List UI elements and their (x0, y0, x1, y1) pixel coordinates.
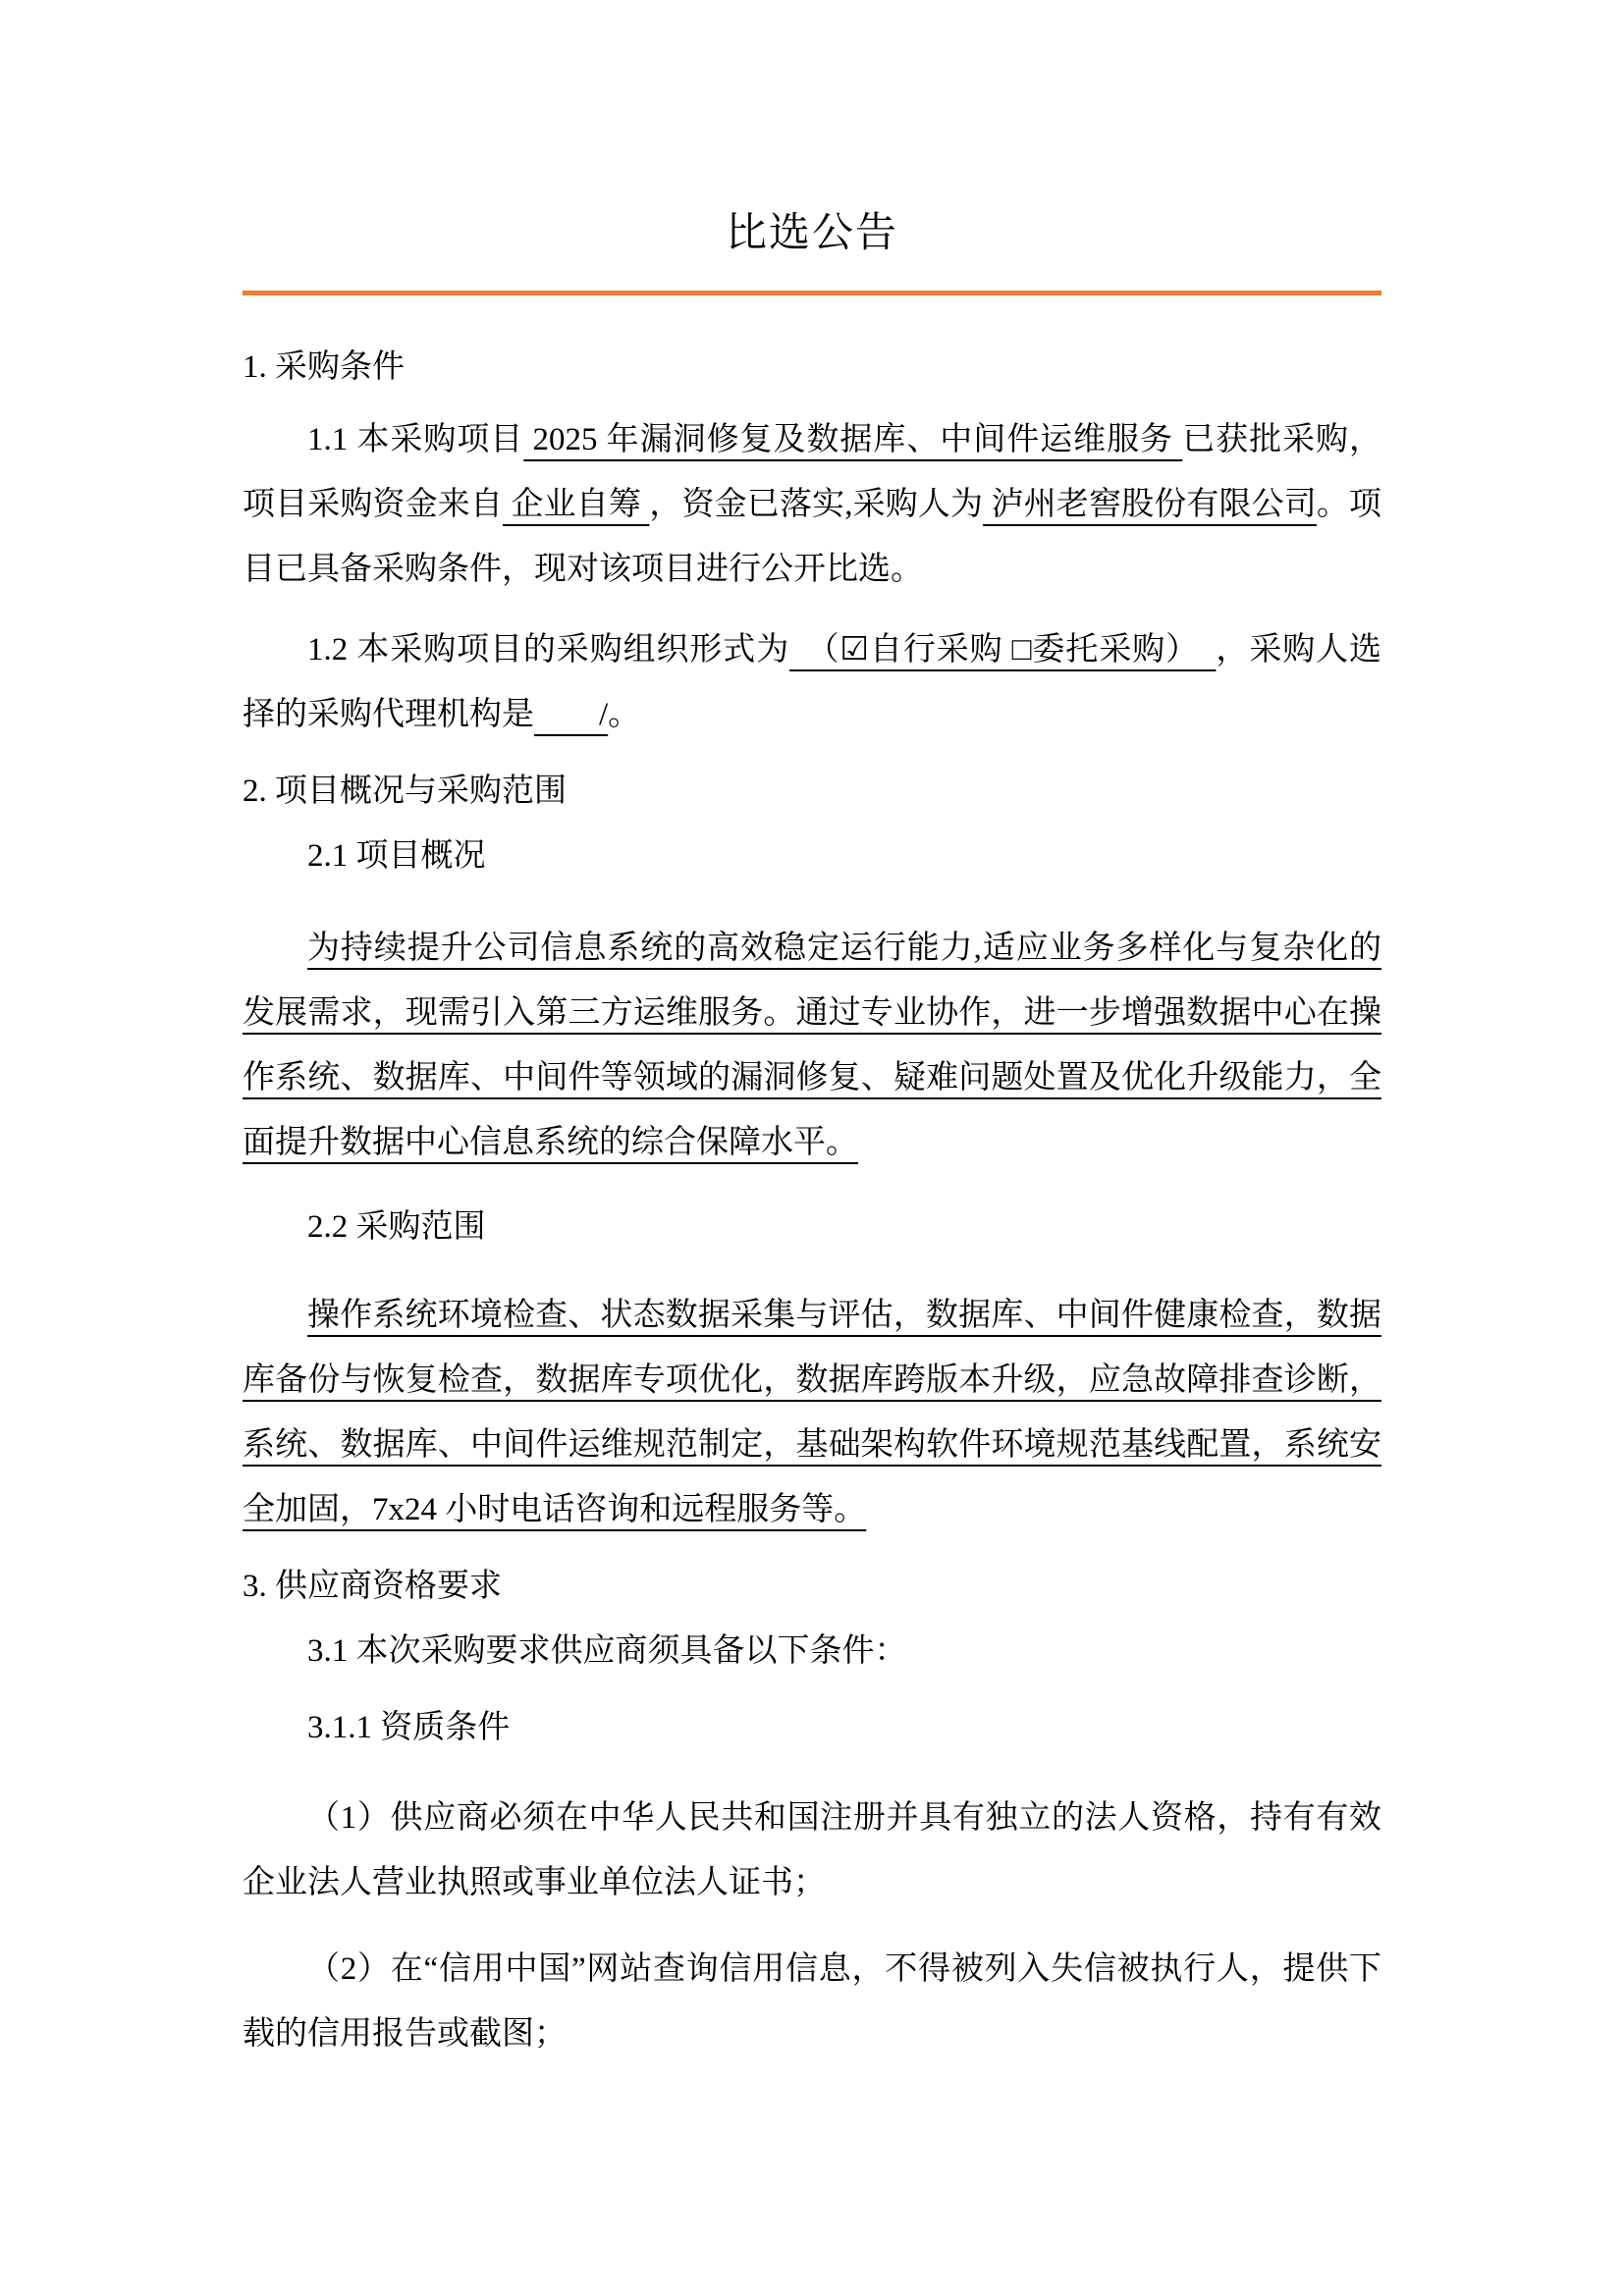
underlined-org-form: （☑自行采购 □委托采购） (789, 632, 1216, 667)
underlined-project-name: 2025 年漏洞修复及数据库、中间件运维服务 (523, 422, 1182, 457)
procurement-scope-paragraph: 操作系统环境检查、状态数据采集与评估，数据库、中间件健康检查，数据库备份与恢复检… (243, 1283, 1381, 1542)
underlined-purchaser-name: 泸州老窖股份有限公司 (983, 487, 1317, 522)
qualification-item-1: （1）供应商必须在中华人民共和国注册并具有独立的法人资格，持有有效企业法人营业执… (243, 1786, 1381, 1915)
text-run: ，资金已落实,采购人为 (649, 487, 983, 522)
underlined-overview-text: 为持续提升公司信息系统的高效稳定运行能力,适应业务多样化与复杂化的发展需求，现需… (243, 931, 1381, 1160)
clause-1-2: 1.2 本采购项目的采购组织形式为 （☑自行采购 □委托采购） ，采购人选择的采… (243, 617, 1381, 747)
project-overview-paragraph: 为持续提升公司信息系统的高效稳定运行能力,适应业务多样化与复杂化的发展需求，现需… (243, 916, 1381, 1175)
section-3-heading: 3. 供应商资格要求 (243, 1554, 1381, 1619)
clause-3-1-1-heading: 3.1.1 资质条件 (243, 1695, 1381, 1760)
underlined-agency-blank: / (534, 697, 608, 732)
underlined-scope-text: 操作系统环境检查、状态数据采集与评估，数据库、中间件健康检查，数据库备份与恢复检… (243, 1298, 1381, 1527)
text-run: 。 (608, 697, 640, 732)
text-run: 1.1 本采购项目 (307, 422, 523, 457)
text-run: 委托采购） (1033, 632, 1217, 667)
clause-3-1: 3.1 本次采购要求供应商须具备以下条件： (243, 1619, 1381, 1683)
section-1-heading: 1. 采购条件 (243, 335, 1381, 400)
unchecked-checkbox-icon: □ (1012, 632, 1033, 667)
clause-1-1: 1.1 本采购项目 2025 年漏洞修复及数据库、中间件运维服务 已获批采购，项… (243, 407, 1381, 602)
checked-checkbox-icon: ☑ (839, 632, 869, 667)
title-divider-rule (243, 291, 1381, 295)
document-title: 比选公告 (243, 201, 1381, 267)
qualification-item-2: （2）在“信用中国”网站查询信用信息，不得被列入失信被执行人，提供下载的信用报告… (243, 1937, 1381, 2066)
underlined-funding-source: 企业自筹 (503, 487, 649, 522)
section-2-heading: 2. 项目概况与采购范围 (243, 759, 1381, 824)
document-page: 比选公告 1. 采购条件 1.1 本采购项目 2025 年漏洞修复及数据库、中间… (0, 0, 1624, 2296)
section-2-1-heading: 2.1 项目概况 (243, 824, 1381, 888)
text-run: 1.2 本采购项目的采购组织形式为 (307, 632, 789, 667)
text-run: 自行采购 (869, 632, 1012, 667)
text-run: （ (789, 632, 839, 667)
section-2-2-heading: 2.2 采购范围 (243, 1195, 1381, 1259)
